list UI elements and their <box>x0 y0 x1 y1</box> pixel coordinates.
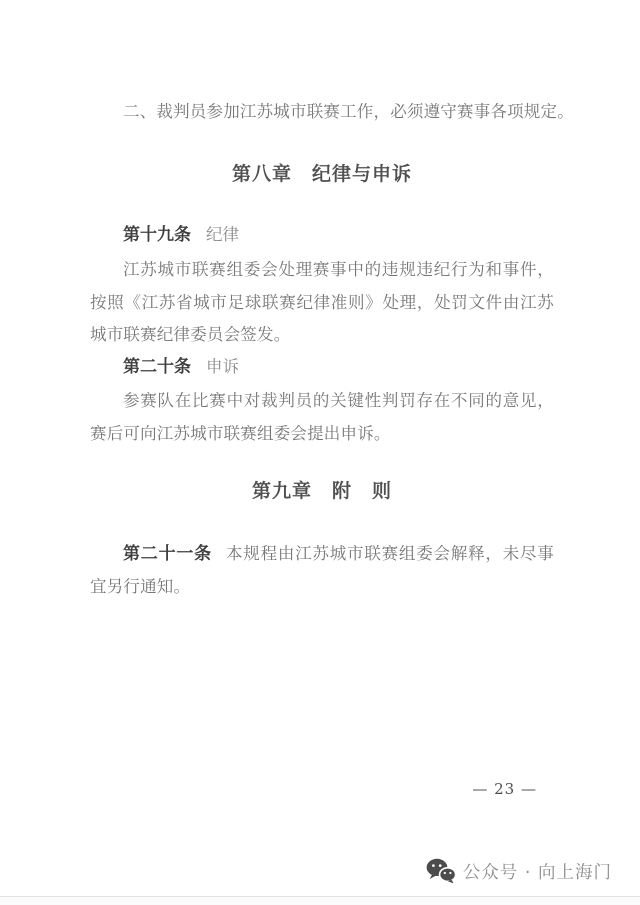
article-20-body: 参赛队在比赛中对裁判员的关键性判罚存在不同的意见，赛后可向江苏城市联赛组委会提出… <box>90 385 554 450</box>
page-number: — 23 — <box>472 780 537 798</box>
chapter-9-heading: 第九章 附 则 <box>90 479 554 503</box>
article-20-title: 申诉 <box>206 357 239 376</box>
article-19-heading: 第十九条纪律 <box>90 223 554 247</box>
page-bottom-edge <box>0 897 640 905</box>
wechat-watermark: 公众号 · 向上海门 <box>426 858 612 884</box>
wechat-icon <box>426 858 456 884</box>
article-20-heading: 第二十条申诉 <box>90 355 554 379</box>
article-20-label: 第二十条 <box>123 357 191 377</box>
wechat-account-label: 公众号 · 向上海门 <box>463 859 612 884</box>
intro-paragraph: 二、裁判员参加江苏城市联赛工作，必须遵守赛事各项规定。 <box>90 96 574 129</box>
article-19-title: 纪律 <box>206 225 239 244</box>
article-21-paragraph: 第二十一条本规程由江苏城市联赛组委会解释，未尽事宜另行通知。 <box>90 538 554 603</box>
document-page: 二、裁判员参加江苏城市联赛工作，必须遵守赛事各项规定。 第八章 纪律与申诉 第十… <box>0 0 640 905</box>
chapter-8-heading: 第八章 纪律与申诉 <box>90 162 554 186</box>
article-19-body: 江苏城市联赛组委会处理赛事中的违规违纪行为和事件，按照《江苏省城市足球联赛纪律准… <box>90 254 554 352</box>
article-19-label: 第十九条 <box>123 225 191 245</box>
article-21-label: 第二十一条 <box>123 544 212 564</box>
